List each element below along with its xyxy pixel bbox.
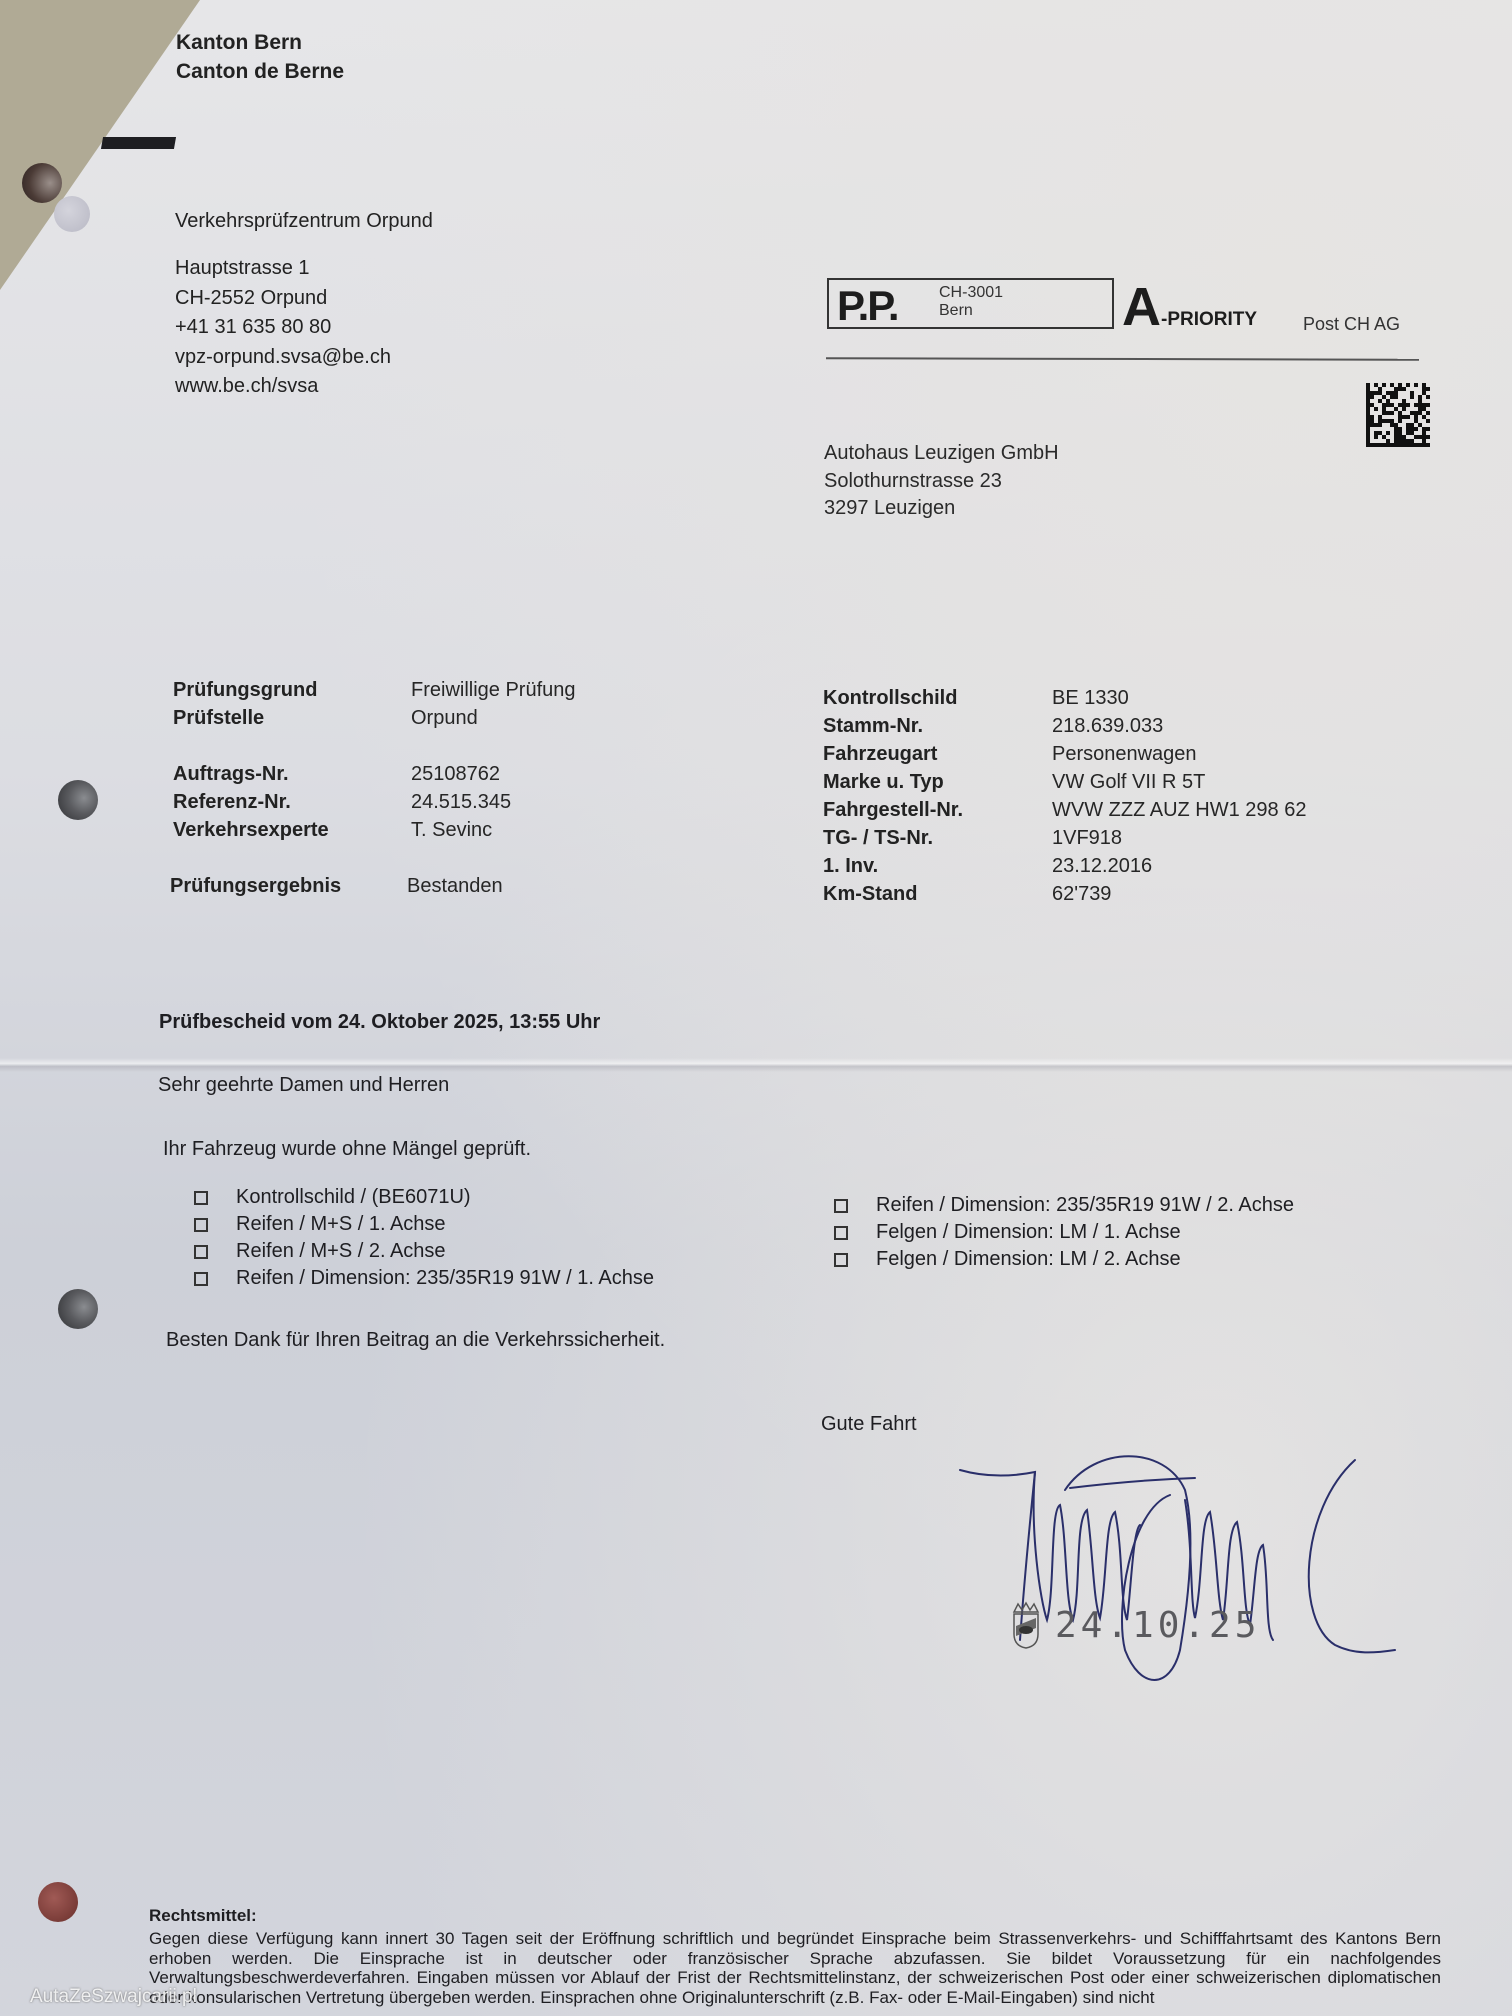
intro-text: Ihr Fahrzeug wurde ohne Mängel geprüft.: [163, 1138, 531, 1161]
vehicle-label: Km-Stand: [823, 880, 1052, 908]
checklist-label: Felgen / Dimension: LM / 2. Achse: [876, 1246, 1181, 1273]
pp-mark: P.P.: [837, 282, 898, 330]
email-link[interactable]: vpz-orpund.svsa@be.ch: [175, 343, 391, 373]
vehicle-value: WVW ZZZ AUZ HW1 298 62: [1052, 796, 1306, 824]
thanks-text: Besten Dank für Ihren Beitrag an die Ver…: [166, 1329, 665, 1352]
checkbox-icon: [194, 1272, 208, 1286]
detail-label: Verkehrsexperte: [173, 816, 411, 844]
postal-carrier: Post CH AG: [1303, 314, 1400, 335]
checklist-item: Felgen / Dimension: LM / 2. Achse: [834, 1246, 1294, 1273]
vehicle-details: KontrollschildBE 1330Stamm-Nr.218.639.03…: [823, 684, 1306, 908]
vehicle-value: 23.12.2016: [1052, 852, 1152, 880]
recipient-city: 3297 Leuzigen: [824, 495, 1059, 523]
recipient-street: Solothurnstrasse 23: [824, 468, 1059, 496]
postage-origin: CH-3001 Bern: [939, 284, 1003, 320]
canton-name-de: Kanton Bern: [176, 28, 344, 57]
postage-box: P.P. CH-3001 Bern: [827, 278, 1114, 329]
website-link[interactable]: www.be.ch/svsa: [175, 372, 391, 402]
bern-crest-icon: [1012, 1600, 1040, 1650]
detail-value: 24.515.345: [411, 788, 511, 816]
checklist-item: Reifen / M+S / 2. Achse: [194, 1238, 654, 1265]
detail-value: 25108762: [411, 760, 500, 788]
detail-value: T. Sevinc: [411, 816, 492, 844]
vehicle-value: 218.639.033: [1052, 712, 1163, 740]
detail-label: Prüfungsgrund: [173, 676, 411, 704]
closing-text: Gute Fahrt: [821, 1413, 917, 1436]
legal-remedy-title: Rechtsmittel:: [149, 1906, 257, 1926]
checklist-item: Reifen / M+S / 1. Achse: [194, 1211, 654, 1238]
vehicle-label: TG- / TS-Nr.: [823, 824, 1052, 852]
vehicle-label: Marke u. Typ: [823, 768, 1052, 796]
result-row: PrüfungsergebnisBestanden: [170, 872, 576, 900]
checklist-item: Felgen / Dimension: LM / 1. Achse: [834, 1219, 1294, 1246]
checklist-item: Reifen / Dimension: 235/35R19 91W / 2. A…: [834, 1192, 1294, 1219]
punch-hole: [54, 196, 90, 232]
checklist-label: Reifen / Dimension: 235/35R19 91W / 1. A…: [236, 1265, 654, 1292]
checkbox-icon: [194, 1191, 208, 1205]
checklist-left: Kontrollschild / (BE6071U)Reifen / M+S /…: [194, 1184, 654, 1292]
punch-hole: [22, 163, 62, 203]
vehicle-row: TG- / TS-Nr.1VF918: [823, 824, 1306, 852]
address-line: Hauptstrasse 1: [175, 254, 391, 284]
vehicle-row: Stamm-Nr.218.639.033: [823, 712, 1306, 740]
result-value: Bestanden: [407, 872, 503, 900]
vehicle-row: KontrollschildBE 1330: [823, 684, 1306, 712]
vehicle-value: 1VF918: [1052, 824, 1122, 852]
detail-row: Auftrags-Nr.25108762: [173, 760, 576, 788]
vehicle-label: 1. Inv.: [823, 852, 1052, 880]
punch-hole: [58, 1289, 98, 1329]
checkbox-icon: [834, 1226, 848, 1240]
vehicle-row: Km-Stand62'739: [823, 880, 1306, 908]
checkbox-icon: [834, 1253, 848, 1267]
phone: +41 31 635 80 80: [175, 313, 391, 343]
checklist-label: Kontrollschild / (BE6071U): [236, 1184, 471, 1211]
recipient-address: Autohaus Leuzigen GmbH Solothurnstrasse …: [824, 440, 1059, 523]
detail-label: Auftrags-Nr.: [173, 760, 411, 788]
priority-mark: A-PRIORITY: [1122, 280, 1257, 334]
checklist-label: Reifen / M+S / 1. Achse: [236, 1211, 446, 1238]
detail-row: PrüfstelleOrpund: [173, 704, 576, 732]
vehicle-value: Personenwagen: [1052, 740, 1197, 768]
checklist-label: Reifen / M+S / 2. Achse: [236, 1238, 446, 1265]
priority-text: -PRIORITY: [1161, 309, 1257, 330]
detail-value: Orpund: [411, 704, 478, 732]
paper-fold-crease: [0, 1058, 1512, 1072]
punch-hole: [58, 780, 98, 820]
postage-postcode: CH-3001: [939, 284, 1003, 302]
vehicle-label: Fahrzeugart: [823, 740, 1052, 768]
decision-subject: Prüfbescheid vom 24. Oktober 2025, 13:55…: [159, 1011, 600, 1034]
checklist-label: Felgen / Dimension: LM / 1. Achse: [876, 1219, 1181, 1246]
detail-label: Prüfstelle: [173, 704, 411, 732]
vehicle-value: VW Golf VII R 5T: [1052, 768, 1205, 796]
detail-row: Referenz-Nr.24.515.345: [173, 788, 576, 816]
header-bar-mark: [101, 137, 176, 149]
detail-row: PrüfungsgrundFreiwillige Prüfung: [173, 676, 576, 704]
vehicle-value: BE 1330: [1052, 684, 1129, 712]
recipient-name: Autohaus Leuzigen GmbH: [824, 440, 1059, 468]
date-stamp: 24.10.25: [1055, 1605, 1260, 1646]
checklist-item: Kontrollschild / (BE6071U): [194, 1184, 654, 1211]
signature: [955, 1450, 1415, 1690]
checklist-item: Reifen / Dimension: 235/35R19 91W / 1. A…: [194, 1265, 654, 1292]
punch-hole: [38, 1882, 78, 1922]
sender-address: Hauptstrasse 1 CH-2552 Orpund +41 31 635…: [175, 254, 391, 402]
watermark: AutaZeSzwajcarii.pl: [30, 1986, 197, 2008]
legal-remedy-text: Gegen diese Verfügung kann innert 30 Tag…: [149, 1929, 1441, 2007]
detail-label: Referenz-Nr.: [173, 788, 411, 816]
checkbox-icon: [194, 1245, 208, 1259]
checkbox-icon: [194, 1218, 208, 1232]
salutation: Sehr geehrte Damen und Herren: [158, 1074, 449, 1097]
address-line: CH-2552 Orpund: [175, 284, 391, 314]
canton-header: Kanton Bern Canton de Berne: [176, 28, 344, 86]
vehicle-row: FahrzeugartPersonenwagen: [823, 740, 1306, 768]
checklist-label: Reifen / Dimension: 235/35R19 91W / 2. A…: [876, 1192, 1294, 1219]
vehicle-label: Kontrollschild: [823, 684, 1052, 712]
vehicle-label: Stamm-Nr.: [823, 712, 1052, 740]
vehicle-value: 62'739: [1052, 880, 1111, 908]
priority-letter: A: [1122, 277, 1161, 337]
vehicle-row: Fahrgestell-Nr.WVW ZZZ AUZ HW1 298 62: [823, 796, 1306, 824]
datamatrix-barcode-icon: [1366, 383, 1430, 447]
inspection-details: PrüfungsgrundFreiwillige Prüfung Prüfste…: [173, 676, 576, 900]
vehicle-label: Fahrgestell-Nr.: [823, 796, 1052, 824]
sender-office: Verkehrsprüfzentrum Orpund: [175, 210, 433, 233]
result-label: Prüfungsergebnis: [170, 872, 407, 900]
detail-value: Freiwillige Prüfung: [411, 676, 576, 704]
vehicle-row: 1. Inv.23.12.2016: [823, 852, 1306, 880]
canton-name-fr: Canton de Berne: [176, 57, 344, 86]
vehicle-row: Marke u. TypVW Golf VII R 5T: [823, 768, 1306, 796]
checkbox-icon: [834, 1199, 848, 1213]
checklist-right: Reifen / Dimension: 235/35R19 91W / 2. A…: [834, 1192, 1294, 1273]
detail-row: VerkehrsexperteT. Sevinc: [173, 816, 576, 844]
postage-city: Bern: [939, 302, 1003, 320]
